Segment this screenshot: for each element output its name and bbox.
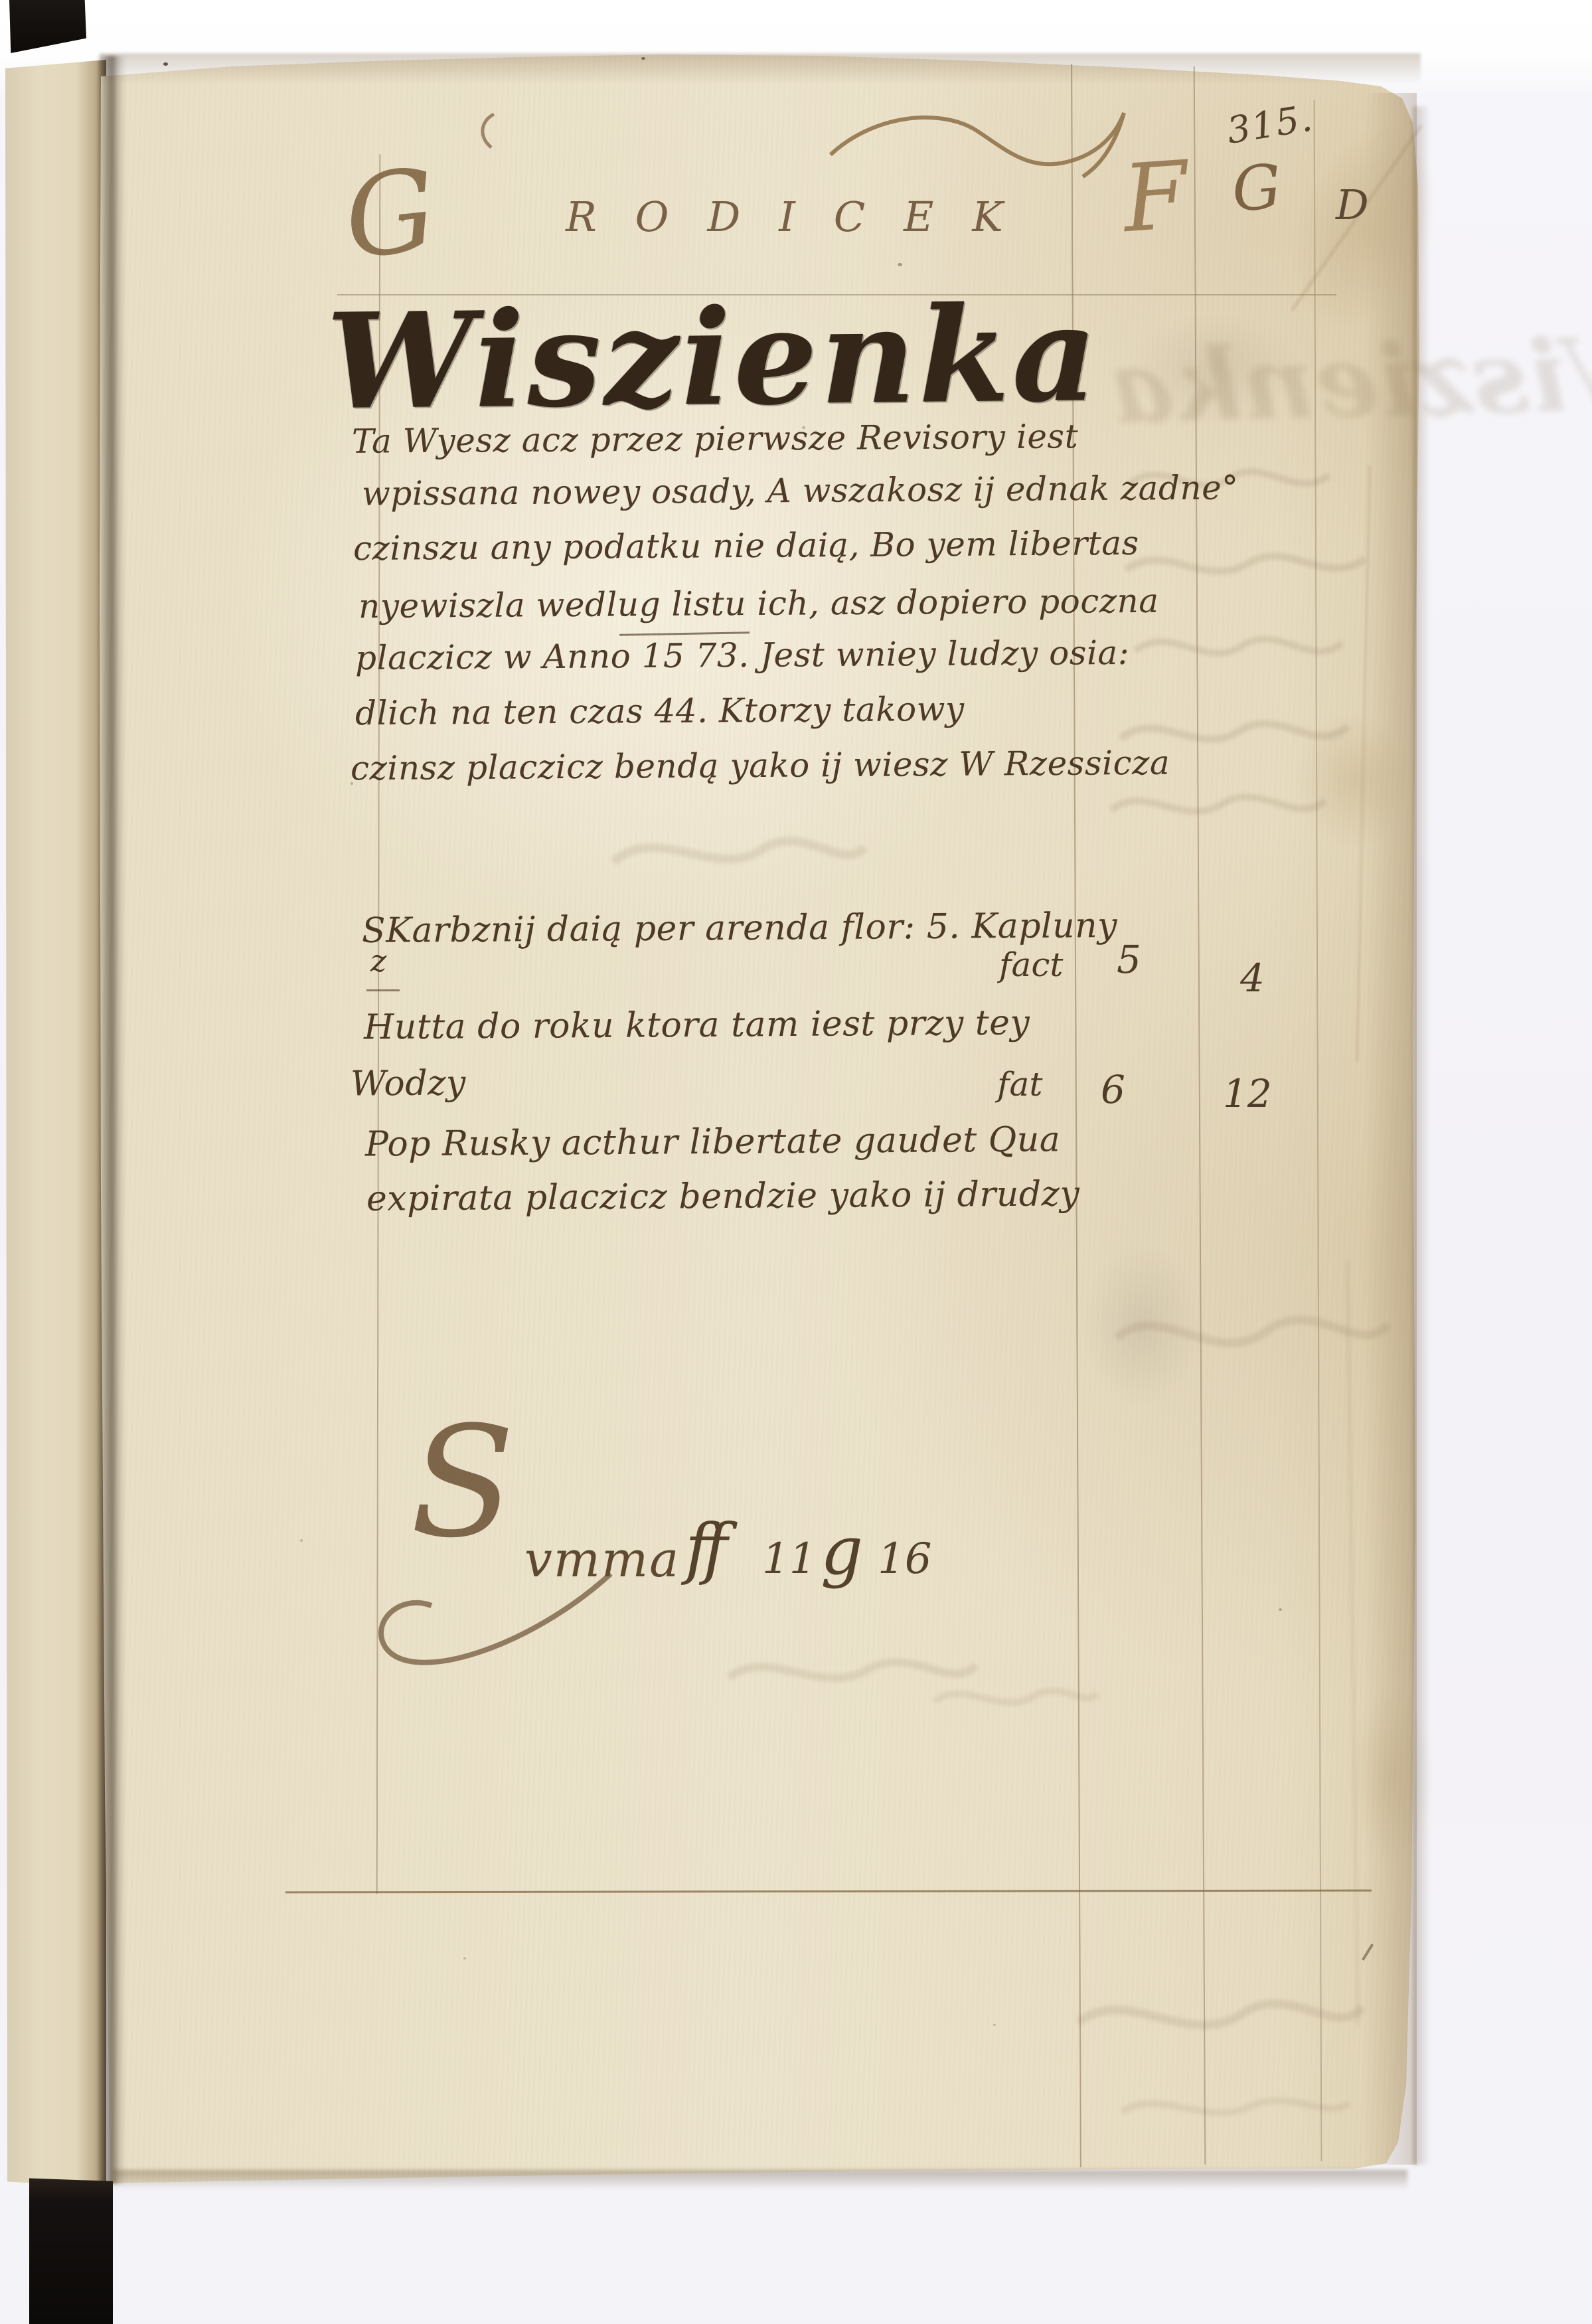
- entry-line: Pop Rusky acthur libertate gaudet Qua: [365, 1122, 1061, 1161]
- flourish-mark: [827, 105, 1139, 181]
- paragraph-line: wpissana nowey osady, A wszakosz ij edna…: [362, 471, 1239, 510]
- column-value: 12: [1223, 1074, 1272, 1113]
- facit-label: fat: [997, 1068, 1042, 1101]
- scanned-manuscript: Wiszienka 315. G D G RODICEK F Wiszienka…: [0, 0, 1592, 2324]
- paragraph-line: Ta Wyesz acz przez pierwsze Revisory ies…: [352, 420, 1079, 458]
- page-shadow-bottom: [113, 2170, 1407, 2190]
- paragraph-line: czinsz placzicz bendą yako ij wiesz W Rz…: [351, 746, 1170, 786]
- stain-mark: [1279, 1608, 1282, 1611]
- stain-mark: [641, 57, 645, 60]
- stain-mark: [401, 219, 404, 222]
- bleedthrough-mark: [604, 809, 870, 895]
- paragraph-line: nyewiszla wedlug listu ich, asz dopiero …: [358, 584, 1159, 623]
- entry-line: Wodzy: [351, 1066, 466, 1101]
- bookmark-strap-top: [9, 0, 86, 53]
- stain-mark: [802, 426, 805, 429]
- summa-word: vmma: [524, 1535, 680, 1584]
- page-shadow-right: [1413, 106, 1430, 2165]
- margin-mark: z: [370, 946, 386, 976]
- page-title: Wiszienka: [326, 288, 1101, 428]
- bleedthrough-mark: [1070, 1967, 1369, 2066]
- bookmark-strap-bottom: [29, 2175, 113, 2324]
- column-value: 6: [1101, 1070, 1125, 1109]
- corner-letter-d: D: [1336, 185, 1369, 226]
- paragraph-line: czinszu any podatku nie daią, Bo yem lib…: [353, 527, 1139, 565]
- summa-flourish: S: [410, 1422, 515, 1544]
- column-value: 5: [1117, 940, 1141, 979]
- stain-mark: [898, 263, 902, 266]
- running-header: RODICEK: [566, 197, 1042, 238]
- bleedthrough-mark: [1109, 1278, 1394, 1391]
- stain-mark: [351, 782, 353, 785]
- bleedthrough-mark: [1115, 2076, 1354, 2135]
- paragraph-line: placzicz w Anno 15 73. Jest wniey ludzy …: [355, 636, 1129, 675]
- summa-amount: 11: [762, 1538, 816, 1580]
- stain-mark: [300, 1539, 303, 1542]
- stain-mark: [993, 2024, 996, 2026]
- header-flourish-letter: F: [1120, 149, 1191, 246]
- facing-page-edge: [5, 60, 106, 2188]
- bleedthrough-title-ghost: Wiszienka: [1107, 323, 1592, 438]
- running-header-initial: G: [339, 153, 441, 275]
- facit-label: fact: [999, 948, 1063, 981]
- column-value: 4: [1240, 959, 1265, 997]
- entry-line: SKarbznij daią per arenda flor: 5. Kaplu…: [362, 908, 1117, 948]
- underline-mark: [366, 989, 400, 991]
- corner-letter-g: G: [1230, 157, 1283, 221]
- summa-currency: ff: [685, 1515, 721, 1582]
- entry-line: Hutta do roku ktora tam iest przy tey: [364, 1005, 1030, 1044]
- entry-line: expirata placzicz bendzie yako ij drudzy: [366, 1177, 1080, 1216]
- bleedthrough-mark: [929, 1667, 1102, 1726]
- page-gutter: [97, 56, 126, 2184]
- flourish-mark: [475, 112, 502, 151]
- stain-mark: [463, 1957, 466, 1959]
- summa-amount: 16: [878, 1538, 931, 1580]
- summa-currency: g: [821, 1518, 863, 1584]
- bleedthrough-mark: [1129, 610, 1348, 683]
- stain-mark: [163, 62, 168, 66]
- paragraph-line: dlich na ten czas 44. Ktorzy takowy: [355, 693, 965, 730]
